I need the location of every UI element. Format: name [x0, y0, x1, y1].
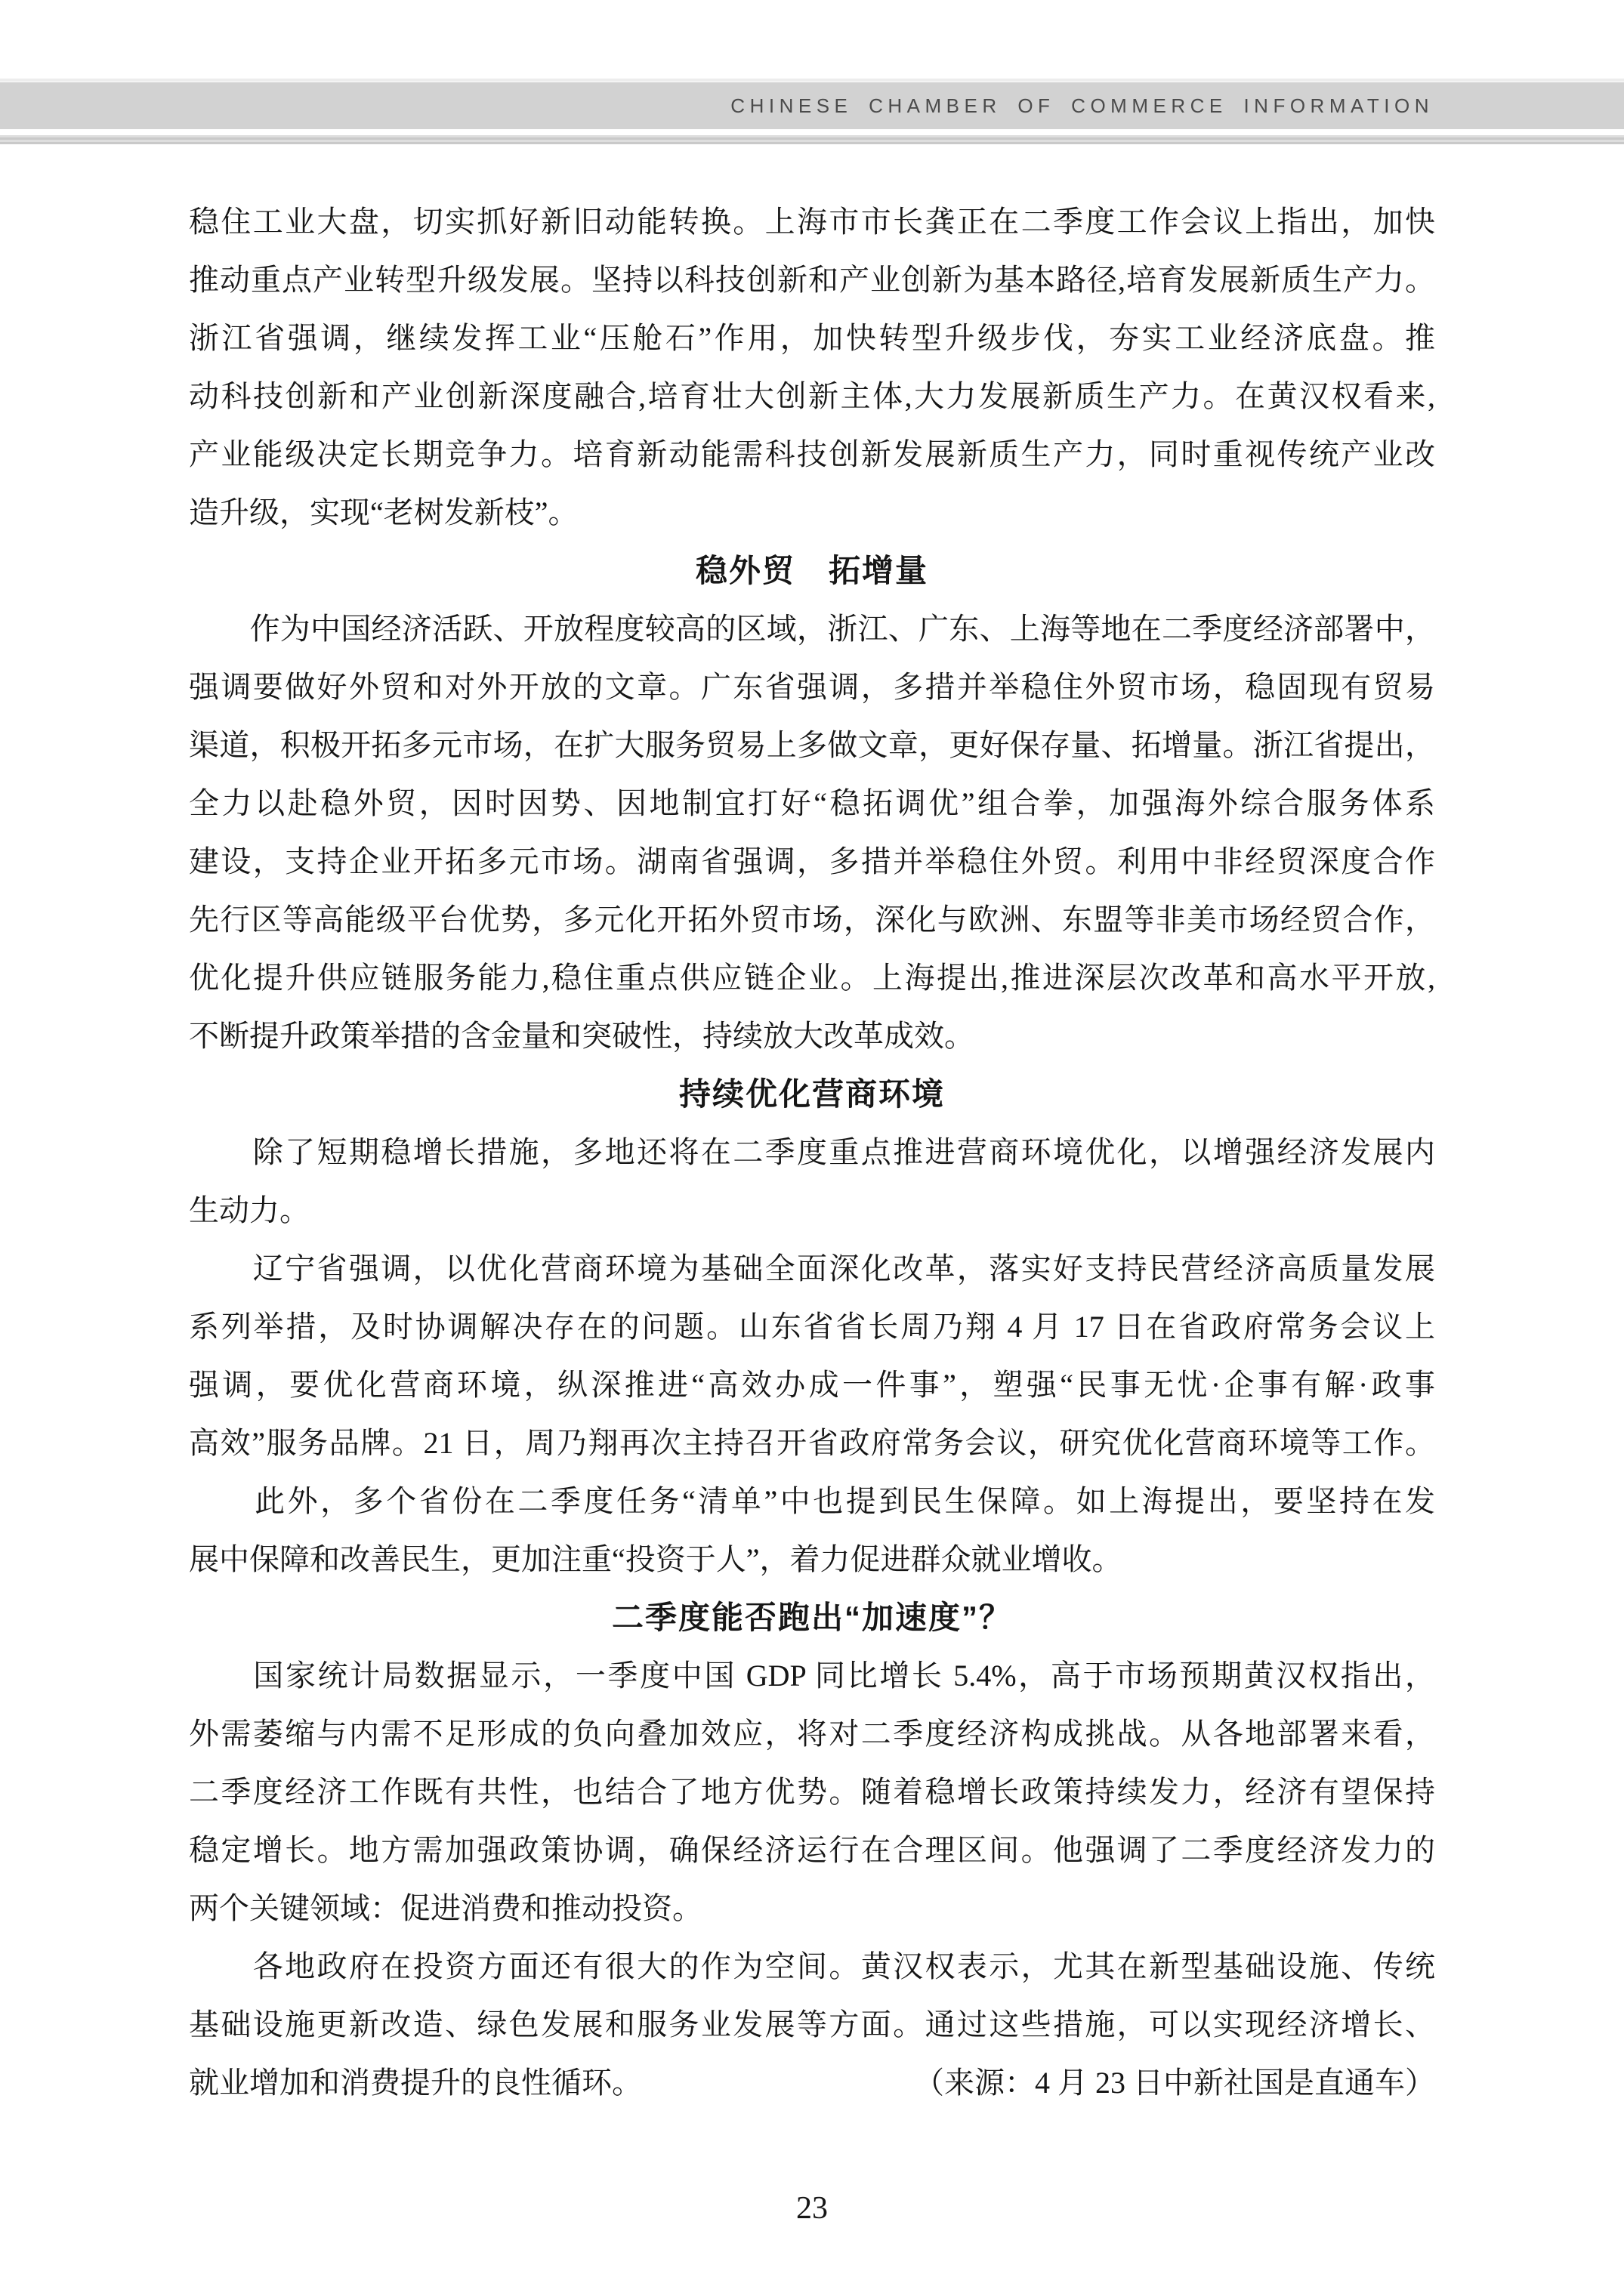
text-line: 此外，多个省份在二季度任务“清单”中也提到民生保障。如上海提出，要坚持在发	[189, 1472, 1435, 1530]
text-line: 辽宁省强调，以优化营商环境为基础全面深化改革，落实好支持民营经济高质量发展	[189, 1239, 1435, 1298]
text-line: 先行区等高能级平台优势，多元化开拓外贸市场，深化与欧洲、东盟等非美市场经贸合作，	[189, 890, 1435, 949]
header-banner-text: CHINESE CHAMBER OF COMMERCE INFORMATION	[0, 82, 1624, 129]
text-line: 产业能级决定长期竞争力。培育新动能需科技创新发展新质生产力，同时重视传统产业改	[189, 425, 1435, 483]
text-line: 全力以赴稳外贸，因时因势、因地制宜打好“稳拓调优”组合拳，加强海外综合服务体系	[189, 774, 1435, 832]
text-line: 外需萎缩与内需不足形成的负向叠加效应，将对二季度经济构成挑战。从各地部署来看，	[189, 1705, 1435, 1763]
text-line: 两个关键领域：促进消费和推动投资。	[189, 1879, 1435, 1937]
text-line: 高效”服务品牌。21 日，周乃翔再次主持召开省政府常务会议，研究优化营商环境等工…	[189, 1414, 1435, 1472]
text-line: 强调，要优化营商环境，纵深推进“高效办成一件事”，塑强“民事无忧·企事有解·政事	[189, 1356, 1435, 1414]
text-line: 优化提升供应链服务能力,稳住重点供应链企业。上海提出,推进深层次改革和高水平开放…	[189, 949, 1435, 1007]
section-heading: 稳外贸 拓增量	[189, 542, 1435, 600]
text-line: 系列举措，及时协调解决存在的问题。山东省省长周乃翔 4 月 17 日在省政府常务…	[189, 1298, 1435, 1356]
line-left-text: 就业增加和消费提升的良性循环。	[189, 2054, 642, 2112]
text-line: 稳住工业大盘，切实抓好新旧动能转换。上海市市长龚正在二季度工作会议上指出，加快	[189, 193, 1435, 251]
source-attribution: （来源：4 月 23 日中新社国是直通车）	[914, 2054, 1435, 2112]
text-line: 除了短期稳增长措施，多地还将在二季度重点推进营商环境优化，以增强经济发展内	[189, 1123, 1435, 1181]
text-line: 作为中国经济活跃、开放程度较高的区域，浙江、广东、上海等地在二季度经济部署中，	[189, 600, 1435, 658]
text-line: 国家统计局数据显示，一季度中国 GDP 同比增长 5.4%，高于市场预期黄汉权指…	[189, 1646, 1435, 1705]
text-line: 推动重点产业转型升级发展。坚持以科技创新和产业创新为基本路径,培育发展新质生产力…	[189, 251, 1435, 309]
text-line: 建设，支持企业开拓多元市场。湖南省强调，多措并举稳住外贸。利用中非经贸深度合作	[189, 832, 1435, 890]
text-line: 浙江省强调，继续发挥工业“压舱石”作用，加快转型升级步伐，夯实工业经济底盘。推	[189, 309, 1435, 367]
text-line: 展中保障和改善民生，更加注重“投资于人”，着力促进群众就业增收。	[189, 1530, 1435, 1588]
text-line: 稳定增长。地方需加强政策协调，确保经济运行在合理区间。他强调了二季度经济发力的	[189, 1821, 1435, 1879]
text-line: 生动力。	[189, 1181, 1435, 1239]
page-number: 23	[0, 2190, 1624, 2227]
section-heading: 二季度能否跑出“加速度”？	[189, 1588, 1435, 1646]
text-line: 造升级，实现“老树发新枝”。	[189, 483, 1435, 542]
text-line: 二季度经济工作既有共性，也结合了地方优势。随着稳增长政策持续发力，经济有望保持	[189, 1763, 1435, 1821]
section-heading: 持续优化营商环境	[189, 1065, 1435, 1123]
text-line: 基础设施更新改造、绿色发展和服务业发展等方面。通过这些措施，可以实现经济增长、	[189, 1995, 1435, 2054]
text-line: 各地政府在投资方面还有很大的作为空间。黄汉权表示，尤其在新型基础设施、传统	[189, 1937, 1435, 1995]
header-divider-stripe	[0, 135, 1624, 144]
text-line: 动科技创新和产业创新深度融合,培育壮大创新主体,大力发展新质生产力。在黄汉权看来…	[189, 367, 1435, 425]
body-text: 稳住工业大盘，切实抓好新旧动能转换。上海市市长龚正在二季度工作会议上指出，加快推…	[189, 193, 1435, 2112]
header-band: CHINESE CHAMBER OF COMMERCE INFORMATION	[0, 82, 1624, 129]
header-band-topline	[0, 79, 1624, 82]
text-line: 强调要做好外贸和对外开放的文章。广东省强调，多措并举稳住外贸市场，稳固现有贸易	[189, 658, 1435, 716]
text-line: 渠道，积极开拓多元市场，在扩大服务贸易上多做文章，更好保存量、拓增量。浙江省提出…	[189, 716, 1435, 774]
text-line: 就业增加和消费提升的良性循环。（来源：4 月 23 日中新社国是直通车）	[189, 2054, 1435, 2112]
text-line: 不断提升政策举措的含金量和突破性，持续放大改革成效。	[189, 1007, 1435, 1065]
